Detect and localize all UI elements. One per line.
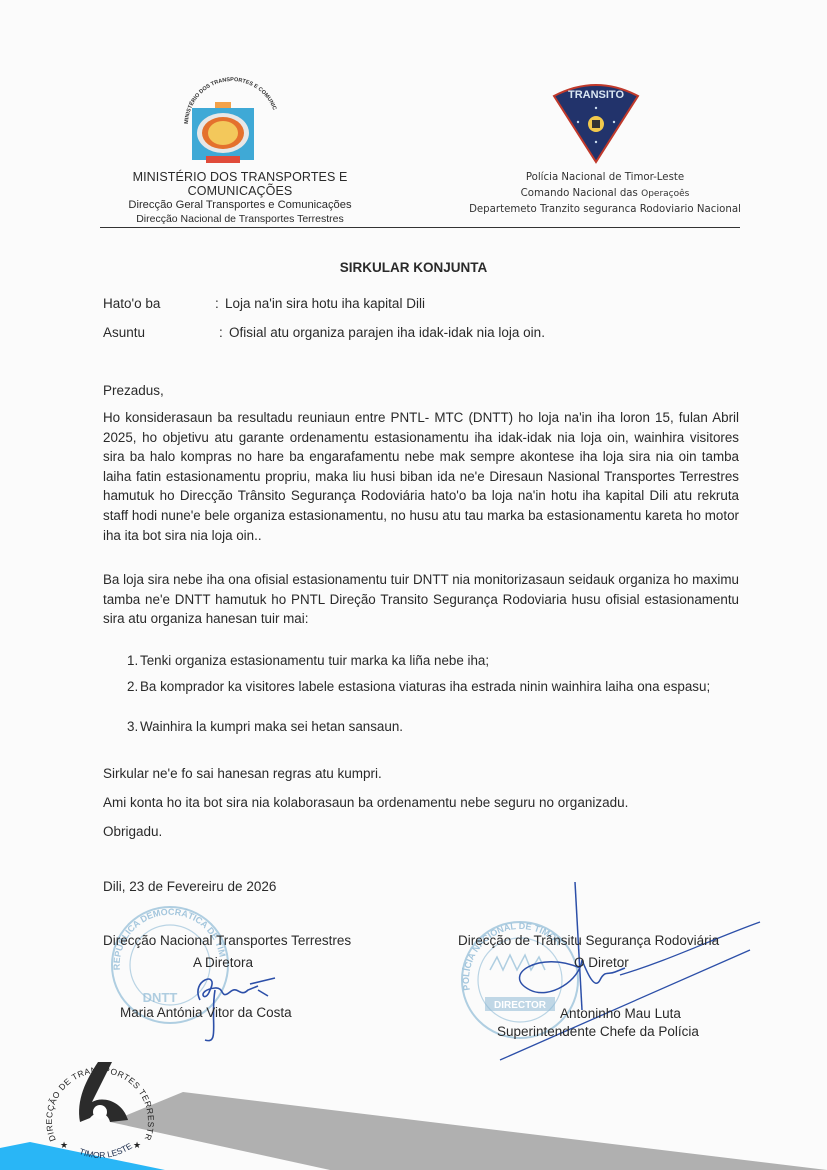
meta-label: Asuntu — [103, 325, 219, 340]
document-title: SIRKULAR KONJUNTA — [0, 260, 827, 275]
left-signatory-role: A Diretora — [193, 955, 253, 970]
meta-label: Hato'o ba — [103, 296, 215, 311]
right-signature-icon — [470, 880, 770, 1075]
police-header: Polícia Nacional de Timor-Leste Comando … — [440, 170, 770, 218]
dntt-logo-icon: DIRECÇÃO DE TRANSPORTES TERRESTRES ★ ★ T… — [40, 1040, 160, 1165]
closing-line: Sirkular ne'e fo sai hanesan regras atu … — [103, 766, 382, 781]
police-department: Departemeto Tranzito seguranca Rodoviari… — [440, 202, 770, 218]
transito-badge-icon: TRANSITO — [548, 78, 644, 164]
document-date: Dili, 23 de Fevereiru de 2026 — [103, 879, 276, 894]
police-command: Comando Nacional das Operaçoês — [440, 186, 770, 202]
svg-text:★: ★ — [60, 1140, 68, 1150]
police-name: Polícia Nacional de Timor-Leste — [440, 170, 770, 186]
right-signatory-rank: Superintendente Chefe da Polícia — [497, 1024, 699, 1039]
closing-line: Ami konta ho ita bot sira nia kolaborasa… — [103, 795, 628, 810]
left-signatory-name: Maria Antónia Vitor da Costa — [120, 1005, 292, 1020]
ministry-name: MINISTÉRIO DOS TRANSPORTES E COMUNICAÇÕE… — [80, 170, 400, 198]
ministry-national-directorate: Direcção Nacional de Transportes Terrest… — [80, 212, 400, 226]
svg-text:DIRECÇÃO DE TRANSPORTES TERRES: DIRECÇÃO DE TRANSPORTES TERRESTRES — [40, 1040, 156, 1143]
ministry-header: MINISTÉRIO DOS TRANSPORTES E COMUNICAÇÕE… — [80, 170, 400, 226]
paragraph: Ho konsiderasaun ba resultadu reuniaun e… — [103, 408, 739, 545]
paragraph: Ba loja sira nebe iha ona ofisial estasi… — [103, 570, 739, 629]
closing-line: Obrigadu. — [103, 824, 162, 839]
greeting: Prezadus, — [103, 383, 164, 398]
right-signatory-institution: Direcção de Trânsitu Segurança Rodoviári… — [458, 933, 719, 948]
left-signatory-institution: Direcção Nacional Transportes Terrestres — [103, 933, 351, 948]
meta-value: Ofisial atu organiza parajen iha idak-id… — [229, 325, 545, 340]
svg-text:TIMOR LESTE: TIMOR LESTE — [78, 1141, 134, 1161]
meta-value: Loja na'in sira hotu iha kapital Dili — [225, 296, 425, 311]
svg-text:DNTT: DNTT — [143, 990, 178, 1005]
right-signatory-name: Antoninho Mau Luta — [560, 1006, 681, 1021]
right-signatory-role: O Diretor — [574, 955, 629, 970]
ministry-directorate-general: Direcção Geral Transportes e Comunicaçõe… — [80, 198, 400, 212]
list-item: 2.Ba komprador ka visitores labele estas… — [103, 678, 739, 696]
list-item: 3.Wainhira la kumpri maka sei hetan sans… — [103, 718, 739, 736]
list-item: 1.Tenki organiza estasionamentu tuir mar… — [103, 652, 739, 670]
header-divider — [100, 227, 740, 228]
meta-recipient: Hato'o ba:Loja na'in sira hotu iha kapit… — [103, 296, 425, 311]
svg-text:TRANSITO: TRANSITO — [568, 89, 624, 101]
ministry-emblem-icon: MINISTÉRIO DOS TRANSPORTES E COMUNICAÇÕE… — [170, 72, 290, 172]
rules-list: 1.Tenki organiza estasionamentu tuir mar… — [103, 652, 739, 744]
svg-text:★: ★ — [133, 1140, 141, 1150]
meta-subject: Asuntu:Ofisial atu organiza parajen iha … — [103, 325, 545, 340]
